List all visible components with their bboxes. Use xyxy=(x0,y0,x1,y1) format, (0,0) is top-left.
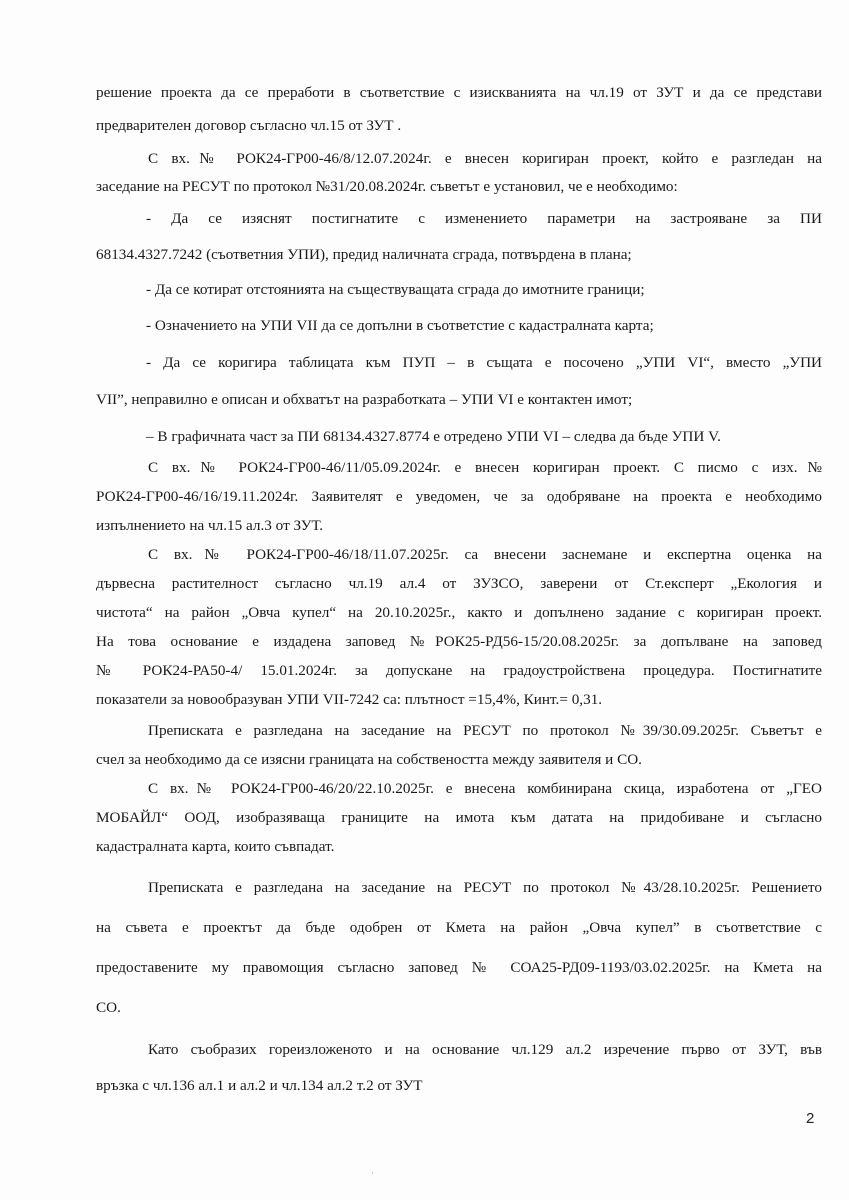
scan-mark xyxy=(372,1172,373,1174)
text-line: на съвета е проектът да бъде одобрен от … xyxy=(96,919,822,937)
text-line: дървесна растителност съгласно чл.19 ал.… xyxy=(96,575,822,593)
text-line: С вх.№ РОК24-ГР00-46/11/05.09.2024г. е в… xyxy=(148,459,822,477)
text-line: На това основание е издадена заповед №РО… xyxy=(96,633,822,651)
text-line: Преписката е разгледана на заседание на … xyxy=(148,879,822,897)
text-line: чистота“ на район „Овча купел“ на 20.10.… xyxy=(96,604,822,622)
list-item: – В графичната част за ПИ 68134.4327.877… xyxy=(146,428,822,446)
text-line: връзка с чл.136 ал.1 и ал.2 и чл.134 ал.… xyxy=(96,1077,822,1095)
text-line: 68134.4327.7242 (съответния УПИ), предид… xyxy=(96,246,822,264)
text-line: СО. xyxy=(96,999,822,1017)
text-line: кадастралната карта, които съвпадат. xyxy=(96,838,822,856)
text-line: решение проекта да се преработи в съотве… xyxy=(96,84,822,102)
text-line: предварителен договор съгласно чл.15 от … xyxy=(96,117,822,135)
text-line: заседание на РЕСУТ по протокол №31/20.08… xyxy=(96,178,822,196)
text-line: изпълнението на чл.15 ал.3 от ЗУТ. xyxy=(96,517,822,535)
text-line: № РОК24-РА50-4/ 15.01.2024г. за допускан… xyxy=(96,662,822,680)
text-line: РОК24-ГР00-46/16/19.11.2024г. Заявителят… xyxy=(96,488,822,506)
text-line: предоставените му правомощия съгласно за… xyxy=(96,959,822,977)
text-line: С вх.№ РОК24-ГР00-46/20/22.10.2025г. е в… xyxy=(148,780,822,798)
text-line: С вх.№ РОК24-ГР00-46/8/12.07.2024г. е вн… xyxy=(148,150,822,168)
list-item: - Да се изяснят постигнатите с изменение… xyxy=(146,210,822,228)
text-line: Преписката е разгледана на заседание на … xyxy=(148,722,822,740)
document-page: решение проекта да се преработи в съотве… xyxy=(0,0,849,1200)
list-item: - Да се коригира таблицата към ПУП – в с… xyxy=(146,354,822,372)
list-item: - Да се котират отстоянията на съществув… xyxy=(146,281,822,299)
text-line: МОБАЙЛ“ ООД, изобразяваща границите на и… xyxy=(96,809,822,827)
text-line: счел за необходимо да се изясни границат… xyxy=(96,751,822,769)
list-item: - Означението на УПИ VII да се допълни в… xyxy=(146,317,822,335)
text-line: показатели за новообразуван УПИ VII-7242… xyxy=(96,691,822,709)
text-line: VII”, неправилно е описан и обхватът на … xyxy=(96,391,822,409)
page-number: 2 xyxy=(806,1110,814,1127)
text-line: С вх.№ РОК24-ГР00-46/18/11.07.2025г. са … xyxy=(148,546,822,564)
text-line: Като съобразих гореизложеното и на основ… xyxy=(148,1041,822,1059)
